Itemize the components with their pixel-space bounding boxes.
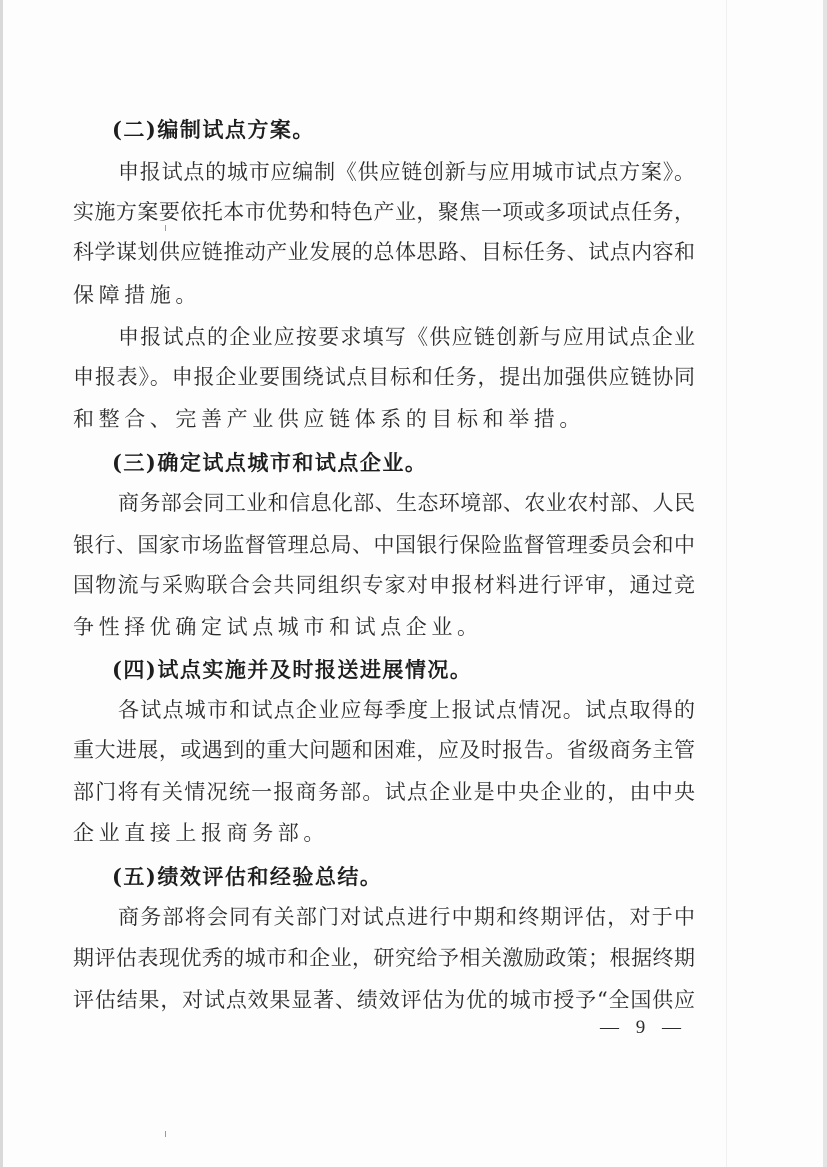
paragraph-line: 重大进展，或遇到的重大问题和困难，应及时报告。省级商务主管 [73, 734, 695, 766]
scan-edge-left [0, 0, 3, 1167]
paragraph-line: 国物流与采购联合会共同组织专家对申报材料进行评审，通过竞 [73, 569, 695, 601]
paragraph-line: 商务部将会同有关部门对试点进行中期和终期评估，对于中 [118, 901, 695, 933]
paragraph-line: 银行、国家市场监督管理总局、中国银行保险监督管理委员会和中 [73, 529, 695, 561]
paragraph-line: 和整合、完善产业供应链体系的目标和举措。 [73, 403, 695, 435]
section-heading-3: (三)确定试点城市和试点企业。 [112, 447, 427, 479]
paragraph-line: 部门将有关情况统一报商务部。试点企业是中央企业的，由中央 [73, 776, 695, 808]
scan-fold-line [726, 0, 727, 1167]
section-heading-5: (五)绩效评估和经验总结。 [112, 861, 382, 893]
paragraph-line: 商务部会同工业和信息化部、生态环境部、农业农村部、人民 [118, 487, 695, 519]
scan-edge-right [823, 0, 827, 1167]
paragraph-line: 申报表》。申报企业要围绕试点目标和任务，提出加强供应链协同 [73, 361, 695, 393]
document-page: (二)编制试点方案。 申报试点的城市应编制《供应链创新与应用城市试点方案》。 实… [0, 0, 827, 1167]
paragraph-line: 申报试点的企业应按要求填写《供应链创新与应用试点企业 [118, 321, 695, 353]
paragraph-line: 争性择优确定试点城市和试点企业。 [73, 611, 695, 643]
paragraph-line: 申报试点的城市应编制《供应链创新与应用城市试点方案》。 [118, 156, 695, 188]
section-heading-2: (二)编制试点方案。 [112, 114, 315, 146]
paragraph-line: 企业直接上报商务部。 [73, 817, 695, 849]
paragraph-line: 科学谋划供应链推动产业发展的总体思路、目标任务、试点内容和 [73, 236, 695, 268]
scan-speck [165, 1131, 166, 1137]
page-number: — 9 — [600, 1013, 687, 1043]
section-heading-4: (四)试点实施并及时报送进展情况。 [112, 654, 472, 686]
paragraph-line: 保障措施。 [73, 279, 695, 311]
paragraph-line: 评估结果，对试点效果显著、绩效评估为优的城市授予“全国供应 [73, 984, 695, 1016]
paragraph-line: 实施方案要依托本市优势和特色产业，聚焦一项或多项试点任务， [73, 196, 695, 228]
paragraph-line: 期评估表现优秀的城市和企业，研究给予相关激励政策；根据终期 [73, 942, 695, 974]
paragraph-line: 各试点城市和试点企业应每季度上报试点情况。试点取得的 [118, 694, 695, 726]
